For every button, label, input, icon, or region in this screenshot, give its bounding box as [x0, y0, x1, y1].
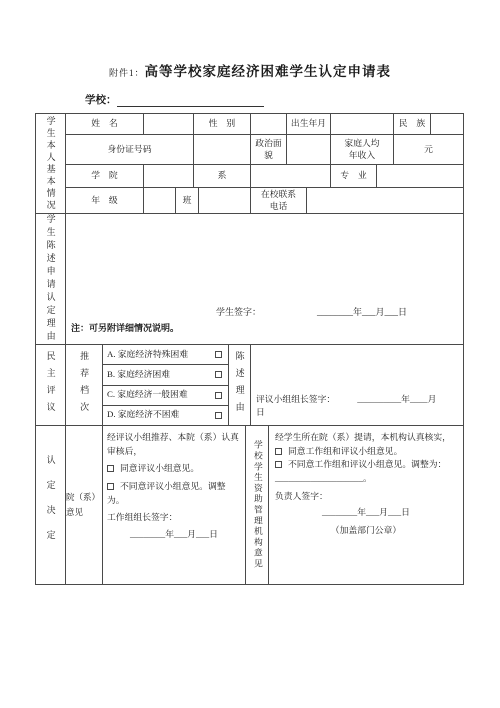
org-opinion-header-cell: 学校学生资助管理机构意见 — [246, 426, 269, 584]
grade-input-cell[interactable] — [144, 188, 176, 213]
reason-input-area[interactable]: 评议小组组长签字：__________年____月 日 — [251, 345, 463, 425]
option-a-label: A. 家庭经济特殊困难 — [107, 349, 188, 361]
income-label: 家庭人均年收入 — [331, 135, 394, 164]
yuan-label: 元 — [424, 144, 433, 156]
form-title: 高等学校家庭经济困难学生认定申请表 — [145, 64, 392, 79]
option-row-c: C. 家庭经济一般困难 — [103, 386, 228, 406]
gender-label: 性 别 — [194, 114, 251, 134]
ethnic-input-cell[interactable] — [431, 114, 463, 134]
class-input-cell[interactable] — [199, 188, 251, 213]
statement-header-cell: 学生陈述申请认定理由 — [36, 214, 66, 344]
checkbox-option-b[interactable] — [215, 371, 222, 378]
checkbox-dept-disagree[interactable] — [107, 483, 114, 490]
option-row-d: D. 家庭经济不困难 — [103, 406, 228, 425]
leader-sign-line: 评议小组组长签字：__________年____月 — [256, 393, 458, 407]
income-input-cell[interactable]: 元 — [394, 135, 463, 164]
org-adjust-blank[interactable]: ____________________。 — [275, 472, 457, 486]
basic-info-header-cell: 学生本人基本情况 — [36, 114, 66, 213]
checkbox-option-a[interactable] — [215, 351, 222, 358]
dept-agree-line: 同意评议小组意见。 — [107, 462, 241, 476]
option-d-label: D. 家庭经济不困难 — [107, 409, 179, 421]
statement-note: 注：可另附详细情况说明。 — [71, 322, 463, 334]
dept-sign-label: 工作组组长签字： — [107, 511, 241, 525]
level-header: 推荐档次 — [78, 351, 90, 419]
checkbox-dept-agree[interactable] — [107, 465, 114, 472]
application-table: 学生本人基本情况 姓 名 性 别 出生年月 民 族 身份证号码 — [35, 113, 464, 585]
statement-input-area[interactable]: 学生签字：________年___月___日 注：可另附详细情况说明。 — [66, 214, 463, 344]
org-sign-date-blank[interactable]: ________年___月___日 — [275, 506, 457, 520]
checkbox-option-c[interactable] — [215, 392, 222, 399]
dept-label: 系 — [194, 165, 251, 187]
basic-info-header: 学生本人基本情况 — [44, 116, 56, 212]
org-agree-label: 同意工作组和评议小组意见。 — [288, 446, 402, 456]
org-opinion-content: 经学生所在院（系）提请，本机构认真核实， 同意工作组和评议小组意见。 不同意工作… — [269, 426, 463, 584]
dept-disagree-label: 不同意评议小组意见。调整为。 — [107, 481, 226, 505]
school-label: 学校： — [85, 95, 117, 106]
level-header-cell: 推荐档次 — [66, 345, 103, 425]
college-label: 学 院 — [66, 165, 144, 187]
politics-input-cell[interactable] — [287, 135, 331, 164]
attachment-label: 附件1： — [109, 68, 145, 78]
id-label: 身份证号码 — [66, 135, 194, 164]
student-sign-line: 学生签字：________年___月___日 — [216, 306, 463, 318]
org-disagree-label: 不同意工作组和评议小组意见。调整为： — [288, 459, 446, 469]
phone-input-cell[interactable] — [307, 188, 463, 213]
dept-opinion-content: 经评议小组推荐、本院（系）认真审核后， 同意评议小组意见。 不同意评议小组意见。… — [103, 426, 246, 584]
school-input-blank[interactable] — [117, 96, 264, 107]
class-label: 班 — [176, 188, 199, 213]
birth-label: 出生年月 — [287, 114, 331, 134]
grade-label: 年 级 — [66, 188, 144, 213]
leader-sign-wrap: 日 — [256, 406, 458, 420]
decision-header-cell: 认定决定 — [36, 426, 66, 584]
college-input-cell[interactable] — [144, 165, 194, 187]
school-line: 学校： — [85, 92, 264, 107]
org-agree-line: 同意工作组和评议小组意见。 — [275, 445, 457, 459]
ethnic-label: 民 族 — [394, 114, 431, 134]
section-basic-info: 学生本人基本情况 姓 名 性 别 出生年月 民 族 身份证号码 — [36, 114, 463, 214]
major-label: 专 业 — [331, 165, 377, 187]
reason-header: 陈述理由 — [233, 351, 245, 419]
option-c-label: C. 家庭经济一般困难 — [107, 389, 188, 401]
review-header: 民主评议 — [44, 351, 56, 419]
gender-input-cell[interactable] — [251, 114, 287, 134]
dept-intro: 经评议小组推荐、本院（系）认真审核后， — [107, 431, 241, 458]
org-seal-note: （加盖部门公章） — [275, 524, 457, 538]
dept-sign-date-blank[interactable]: ________年___月___日 — [107, 528, 241, 542]
statement-header: 学生陈述申请认定理由 — [44, 214, 56, 344]
major-input-cell[interactable] — [377, 165, 463, 187]
dept-disagree-line: 不同意评议小组意见。调整为。 — [107, 480, 241, 507]
birth-input-cell[interactable] — [331, 114, 394, 134]
org-sign-label: 负责人签字： — [275, 490, 457, 504]
checkbox-option-d[interactable] — [215, 412, 222, 419]
org-intro: 经学生所在院（系）提请，本机构认真核实， — [275, 431, 457, 445]
politics-label: 政治面貌 — [251, 135, 287, 164]
dept-input-cell[interactable] — [251, 165, 331, 187]
checkbox-org-disagree[interactable] — [275, 461, 282, 468]
section-decision: 认定决定 院（系）意见 经评议小组推荐、本院（系）认真审核后， 同意评议小组意见… — [36, 426, 463, 584]
review-header-cell: 民主评议 — [36, 345, 66, 425]
leader-sign-date-blank[interactable]: __________年____月 — [357, 394, 436, 404]
option-row-b: B. 家庭经济困难 — [103, 365, 228, 385]
leader-sign-label: 评议小组组长签字： — [256, 394, 335, 404]
checkbox-org-agree[interactable] — [275, 448, 282, 455]
option-b-label: B. 家庭经济困难 — [107, 369, 170, 381]
section-review: 民主评议 推荐档次 A. 家庭经济特殊困难 B. 家庭经济困难 C. 家庭经济一… — [36, 345, 463, 426]
form-page: 附件1：高等学校家庭经济困难学生认定申请表 学校： 学生本人基本情况 姓 名 性… — [0, 0, 500, 708]
org-opinion-label: 学校学生资助管理机构意见 — [251, 440, 263, 570]
name-label: 姓 名 — [66, 114, 144, 134]
section-statement: 学生陈述申请认定理由 学生签字：________年___月___日 注：可另附详… — [36, 214, 463, 345]
dept-agree-label: 同意评议小组意见。 — [120, 463, 199, 473]
reason-header-cell: 陈述理由 — [229, 345, 251, 425]
name-input-cell[interactable] — [144, 114, 194, 134]
phone-label: 在校联系电话 — [251, 188, 307, 213]
decision-header: 认定决定 — [44, 455, 56, 555]
level-options: A. 家庭经济特殊困难 B. 家庭经济困难 C. 家庭经济一般困难 D. 家庭经… — [103, 345, 229, 425]
id-input-cell[interactable] — [194, 135, 251, 164]
student-sign-date-blank[interactable]: ________年___月___日 — [317, 307, 407, 317]
page-title: 附件1：高等学校家庭经济困难学生认定申请表 — [0, 60, 500, 81]
dept-opinion-header-cell: 院（系）意见 — [66, 426, 103, 584]
student-sign-label: 学生签字： — [216, 307, 261, 317]
dept-opinion-label: 院（系）意见 — [66, 490, 102, 521]
org-disagree-line: 不同意工作组和评议小组意见。调整为： — [275, 458, 457, 472]
option-row-a: A. 家庭经济特殊困难 — [103, 345, 228, 365]
